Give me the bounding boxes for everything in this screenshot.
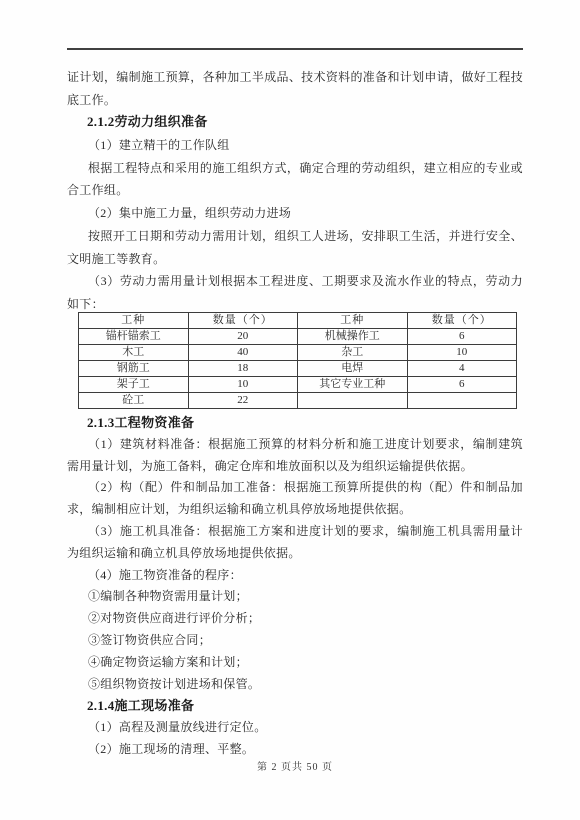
text-line: 根据工程特点和采用的施工组织方式，确定合理的劳动组织，建立相应的专业或混: [67, 157, 523, 180]
paragraph-block-before-table: 证计划，编制施工预算，各种加工半成品、技术资料的准备和计划申请，做好工程技术交底…: [67, 66, 523, 316]
labor-table-cell: 18: [188, 361, 298, 377]
page-header-rule: [67, 48, 523, 50]
labor-table-cell: [407, 393, 517, 409]
text-line: ⑤组织物资按计划进场和保管。: [67, 674, 523, 696]
text-line: （1）建筑材料准备：根据施工预算的材料分析和施工进度计划要求，编制建筑材料: [67, 434, 523, 456]
text-line: 按照开工日期和劳动力需用计划，组织工人进场，安排职工生活，并进行安全、防火: [67, 225, 523, 248]
text-line: 文明施工等教育。: [67, 248, 523, 271]
labor-table-row: 架子工10其它专业工种6: [79, 377, 517, 393]
labor-table-row: 锚杆锚索工20机械操作工6: [79, 329, 517, 345]
text-line: 证计划，编制施工预算，各种加工半成品、技术资料的准备和计划申请，做好工程技术交: [67, 66, 523, 89]
labor-table-header-cell: 工种: [79, 313, 189, 329]
labor-table-cell: 10: [188, 377, 298, 393]
section-heading: 2.1.4施工现场准备: [67, 695, 523, 717]
labor-table-cell: 20: [188, 329, 298, 345]
labor-table-cell: 杂工: [298, 345, 408, 361]
text-line: 需用量计划，为施工备料，确定仓库和堆放面积以及为组织运输提供依据。: [67, 456, 523, 478]
labor-table-cell: 10: [407, 345, 517, 361]
text-line: （4）施工物资准备的程序：: [67, 565, 523, 587]
text-line: （3）施工机具准备：根据施工方案和进度计划的要求，编制施工机具需用量计划，: [67, 521, 523, 543]
labor-table-header-cell: 工种: [298, 313, 408, 329]
section-heading: 2.1.3工程物资准备: [67, 412, 523, 434]
labor-table-header-row: 工种数量（个）工种数量（个）: [79, 313, 517, 329]
labor-table-cell: 木工: [79, 345, 189, 361]
labor-table-cell: 钢筋工: [79, 361, 189, 377]
text-line: 为组织运输和确立机具停放场地提供依据。: [67, 543, 523, 565]
labor-table-cell: 4: [407, 361, 517, 377]
labor-table-header-cell: 数量（个）: [188, 313, 298, 329]
text-line: ②对物资供应商进行评价分析；: [67, 608, 523, 630]
text-line: ③签订物资供应合同；: [67, 630, 523, 652]
labor-table-cell: 其它专业工种: [298, 377, 408, 393]
text-line: 底工作。: [67, 89, 523, 112]
labor-table-row: 钢筋工18电焊4: [79, 361, 517, 377]
labor-table-cell: 6: [407, 329, 517, 345]
labor-table-cell: 架子工: [79, 377, 189, 393]
text-line: （2）集中施工力量，组织劳动力进场: [67, 202, 523, 225]
labor-table-cell: 6: [407, 377, 517, 393]
text-line: ①编制各种物资需用量计划；: [67, 586, 523, 608]
text-line: 合工作组。: [67, 179, 523, 202]
labor-table-cell: 22: [188, 393, 298, 409]
labor-table-header-cell: 数量（个）: [407, 313, 517, 329]
labor-table-cell: 机械操作工: [298, 329, 408, 345]
labor-table-body: 锚杆锚索工20机械操作工6木工40杂工10钢筋工18电焊4架子工10其它专业工种…: [79, 329, 517, 409]
paragraph-block-after-table: 2.1.3工程物资准备（1）建筑材料准备：根据施工预算的材料分析和施工进度计划要…: [67, 412, 523, 761]
text-line: （2）构（配）件和制品加工准备：根据施工预算所提供的构（配）件和制品加工要: [67, 477, 523, 499]
labor-requirement-table: 工种数量（个）工种数量（个） 锚杆锚索工20机械操作工6木工40杂工10钢筋工1…: [78, 312, 517, 409]
labor-table-cell: 40: [188, 345, 298, 361]
labor-table-row: 砼工22: [79, 393, 517, 409]
page-number-footer: 第 2 页共 50 页: [67, 758, 523, 773]
page-number-text: 第 2 页共 50 页: [257, 762, 333, 773]
text-line: 求，编制相应计划，为组织运输和确立机具停放场地提供依据。: [67, 499, 523, 521]
labor-table-row: 木工40杂工10: [79, 345, 517, 361]
text-line: ④确定物资运输方案和计划；: [67, 652, 523, 674]
labor-table-cell: 砼工: [79, 393, 189, 409]
labor-table-cell: 电焊: [298, 361, 408, 377]
text-line: （3）劳动力需用量计划根据本工程进度、工期要求及流水作业的特点，劳动力要量: [67, 270, 523, 293]
text-line: （1）建立精干的工作队组: [67, 134, 523, 157]
labor-table-cell: 锚杆锚索工: [79, 329, 189, 345]
labor-table-cell: [298, 393, 408, 409]
document-page: 证计划，编制施工预算，各种加工半成品、技术资料的准备和计划申请，做好工程技术交底…: [0, 0, 580, 820]
section-heading: 2.1.2劳动力组织准备: [67, 111, 523, 134]
text-line: （1）高程及测量放线进行定位。: [67, 717, 523, 739]
